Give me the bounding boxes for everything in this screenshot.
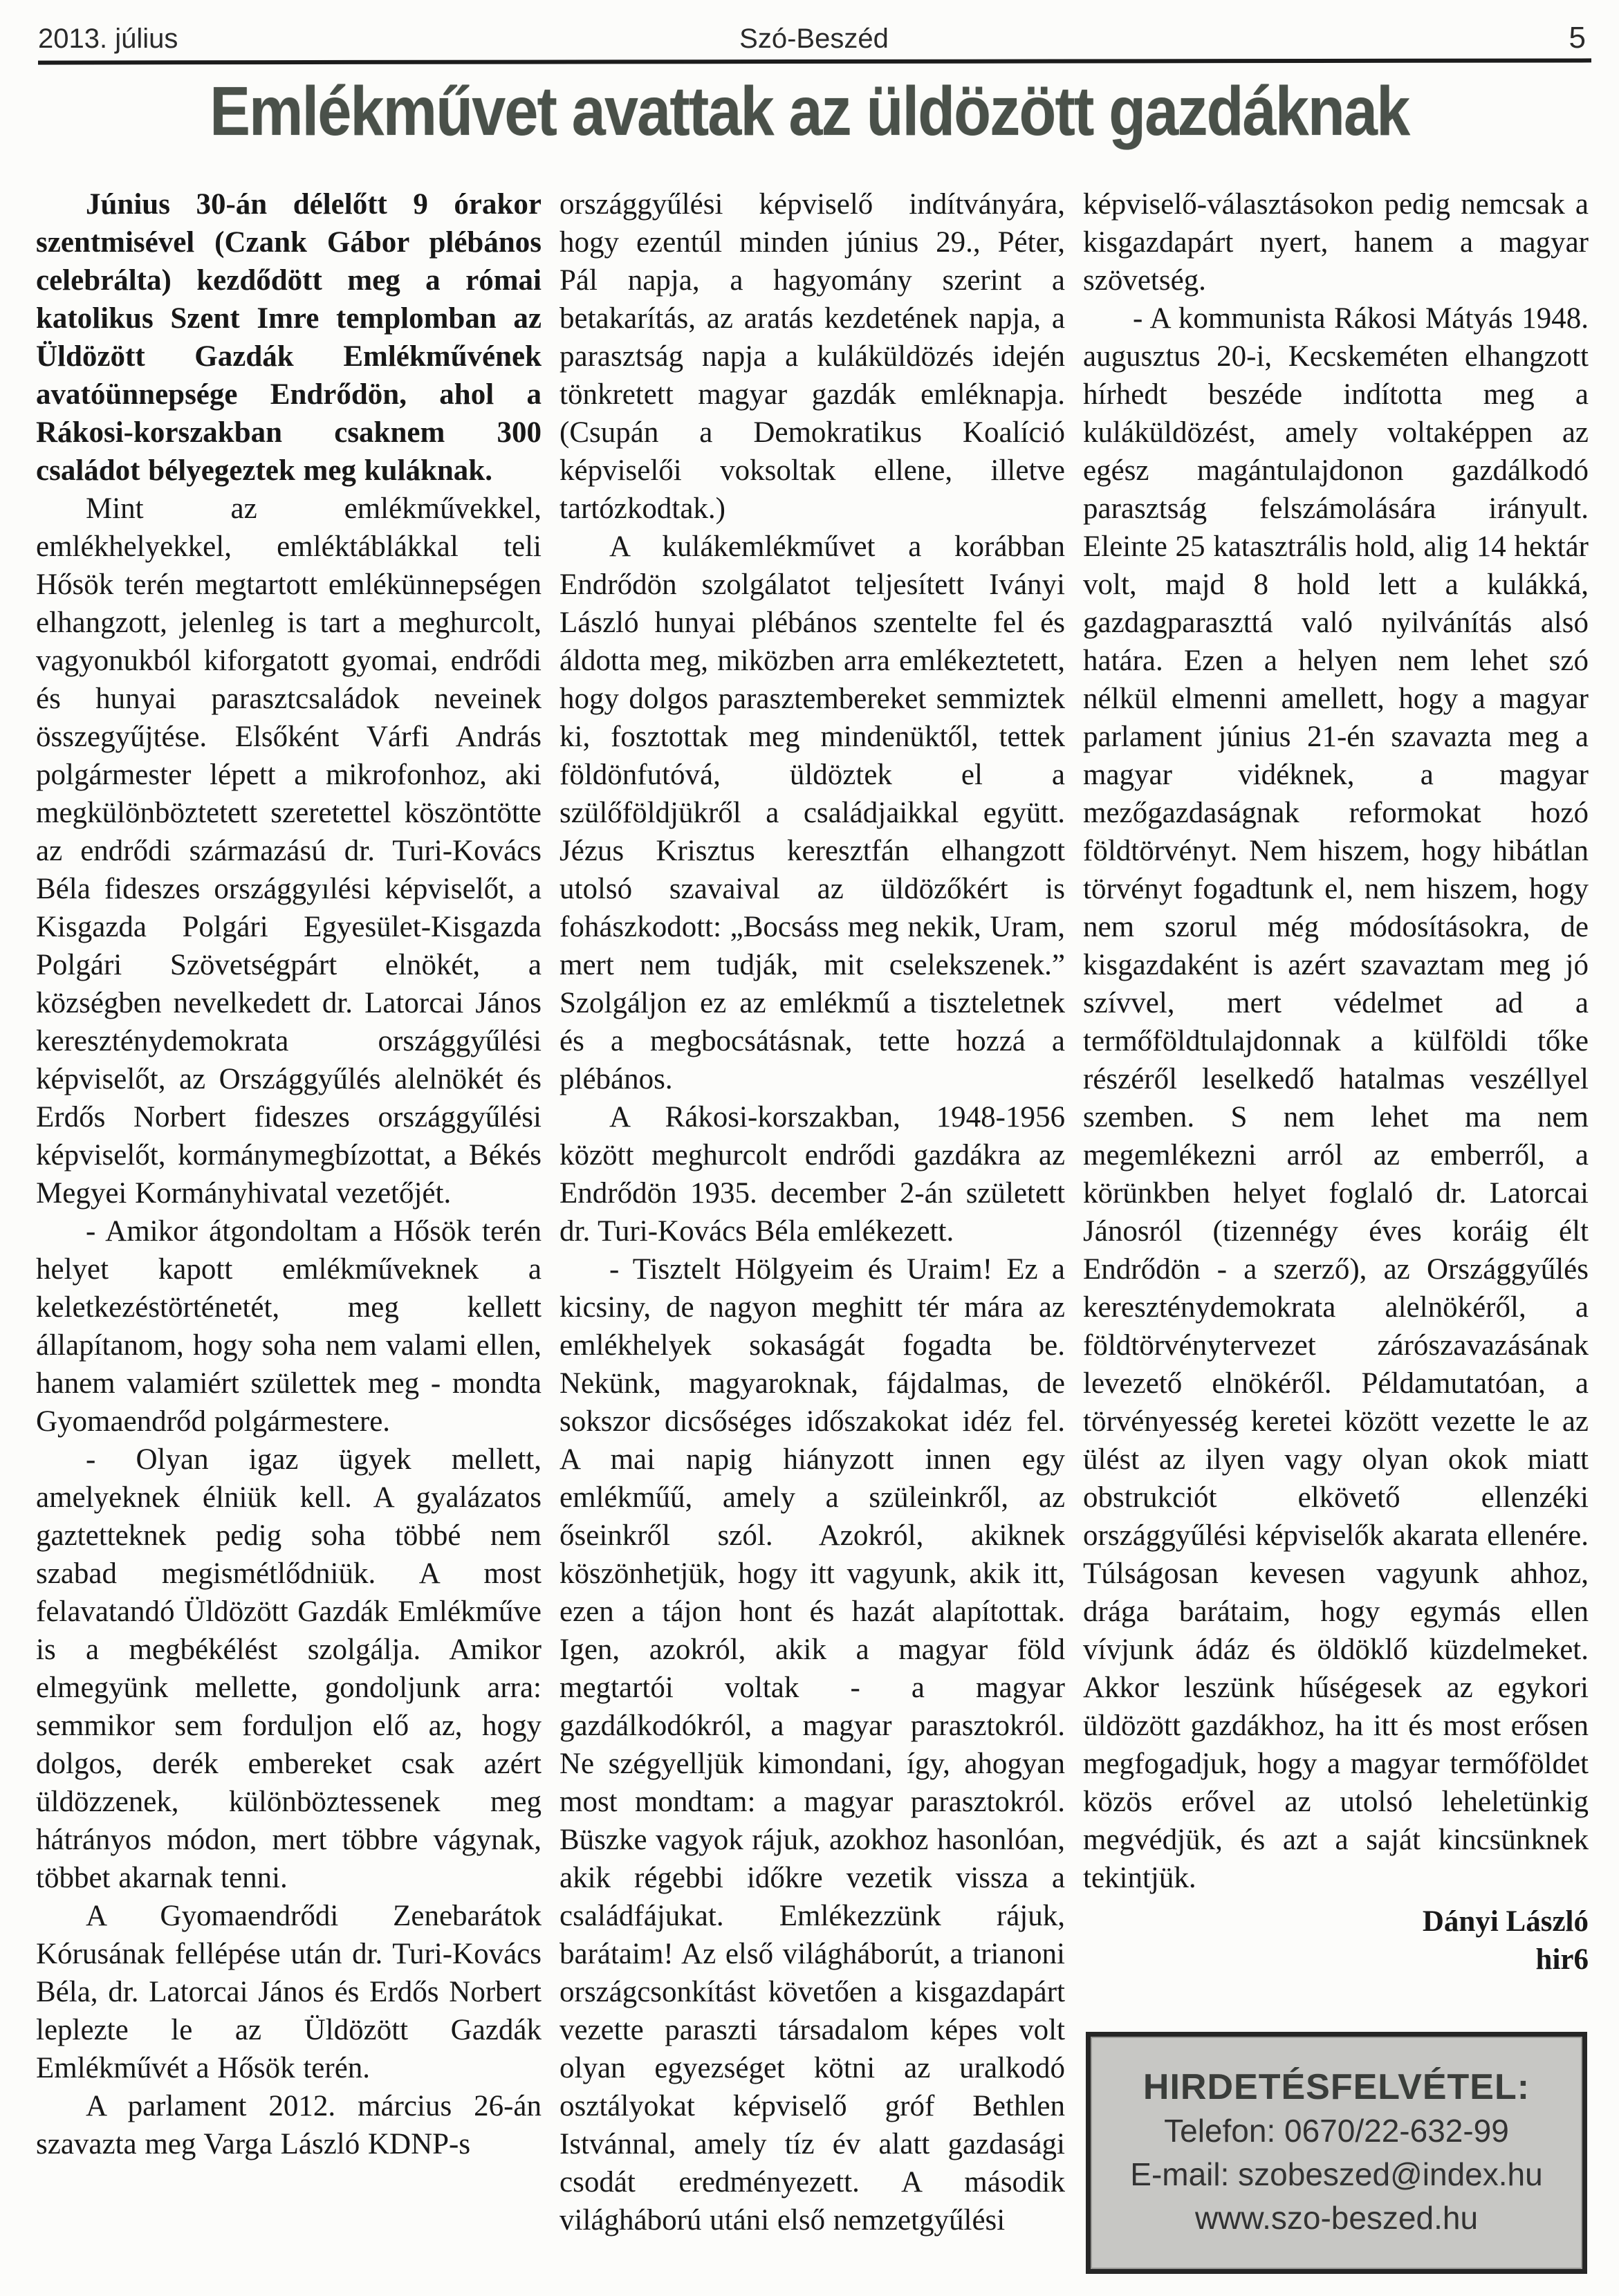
ad-phone: Telefon: 0670/22-632-99 [1164,2112,1509,2150]
column-1: Június 30-án délelőtt 9 órakor szentmisé… [36,185,542,2284]
article-paragraph: Június 30-án délelőtt 9 órakor szentmisé… [36,185,542,490]
ad-heading: HIRDETÉSFELVÉTEL: [1143,2068,1530,2107]
masthead: Szó-Beszéd [38,24,1590,55]
article-paragraph: Mint az emlékművekkel, emlékhelyekkel, e… [36,490,542,1212]
article-headline: Emlékművet avattak az üldözött gazdáknak [210,72,1409,151]
ad-email: E-mail: szobeszed@index.hu [1130,2156,1542,2194]
byline-credit: hir6 [1083,1941,1589,1979]
article-paragraph: - Amikor átgondoltam a Hősök terén helye… [36,1212,542,1441]
ad-website: www.szo-beszed.hu [1195,2199,1478,2237]
ad-box: HIRDETÉSFELVÉTEL: Telefon: 0670/22-632-9… [1086,2032,1587,2274]
article-paragraph: A kulákemlékművet a korábban Endrődön sz… [559,528,1065,1098]
article-paragraph: - Tisztelt Hölgyeim és Uraim! Ez a kicsi… [559,1250,1065,2239]
article-paragraph: - A kommunista Rákosi Mátyás 1948. augus… [1083,299,1589,1897]
byline-author: Dányi László [1083,1902,1589,1941]
page-number: 5 [1569,21,1586,55]
article-paragraph: A Rákosi-korszakban, 1948-1956 között me… [559,1098,1065,1250]
article-paragraph: A parlament 2012. március 26-án szavazta… [36,2087,542,2163]
column-2: országgyűlési képviselő indítványára, ho… [559,185,1065,2284]
page-header: 2013. július Szó-Beszéd 5 [38,24,1590,58]
article-paragraph: - Olyan igaz ügyek mellett, amelyeknek é… [36,1441,542,1897]
column-3: képviselő-választásokon pedig nemcsak a … [1083,185,1589,2284]
newspaper-page: 2013. július Szó-Beszéd 5 Emlékművet ava… [0,0,1619,2296]
article-paragraph: országgyűlési képviselő indítványára, ho… [559,185,1065,528]
headline-wrap: Emlékművet avattak az üldözött gazdáknak [0,72,1619,151]
article-paragraph: A Gyomaendrődi Zenebarátok Kórusának fel… [36,1897,542,2087]
header-rule [38,58,1591,64]
article-body: Június 30-án délelőtt 9 órakor szentmisé… [36,185,1589,2284]
article-paragraph: képviselő-választásokon pedig nemcsak a … [1083,185,1589,299]
